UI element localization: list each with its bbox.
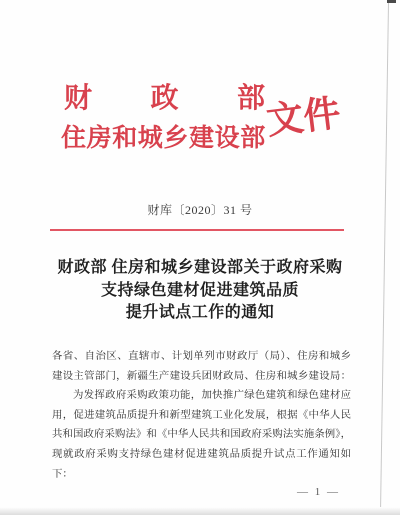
body-line: 共和国政府采购法》和《中华人民共和国政府采购法实施条例》， (52, 425, 351, 445)
body-line: 现就政府采购支持绿色建材促进建筑品质提升试点工作通知如 (52, 445, 351, 465)
title-line: 支持绿色建材促进建筑品质 (0, 280, 400, 303)
scan-corner-mark (387, 0, 396, 3)
document-number: 财库〔2020〕31 号 (0, 201, 400, 218)
title-line: 提升试点工作的通知 (0, 302, 400, 325)
page-number: — 1 — (297, 486, 340, 498)
ministry-name-housing: 住房和城乡建设部 (61, 125, 266, 153)
body-line: 用，促进建筑品质提升和新型建筑工业化发展，根据《中华人民 (52, 406, 351, 426)
document-title: 财政部 住房和城乡建设部关于政府采购 支持绿色建材促进建筑品质 提升试点工作的通… (0, 257, 400, 325)
title-line: 财政部 住房和城乡建设部关于政府采购 (0, 257, 400, 280)
body-line: 建设主管部门，新疆生产建设兵团财政局、住房和城乡建设局： (52, 367, 351, 387)
body-line: 各省、自治区、直辖市、计划单列市财政厅（局）、住房和城乡 (52, 347, 351, 367)
ministry-char: 部 (237, 84, 265, 115)
scanned-document-page: 财 政 部 住房和城乡建设部 文件 财库〔2020〕31 号 财政部 住房和城乡… (0, 0, 400, 515)
document-type-label: 文件 (265, 94, 343, 143)
ministry-char: 政 (150, 84, 178, 115)
scan-bottom-edge (0, 507, 400, 515)
body-line: 为发挥政府采购政策功能，加快推广绿色建筑和绿色建材应 (52, 386, 351, 406)
document-body: 各省、自治区、直辖市、计划单列市财政厅（局）、住房和城乡 建设主管部门，新疆生产… (52, 347, 351, 484)
red-divider-line (50, 229, 344, 231)
ministry-char: 财 (64, 84, 92, 115)
body-line: 下： (52, 465, 351, 485)
ministry-name-finance: 财 政 部 (64, 84, 265, 115)
